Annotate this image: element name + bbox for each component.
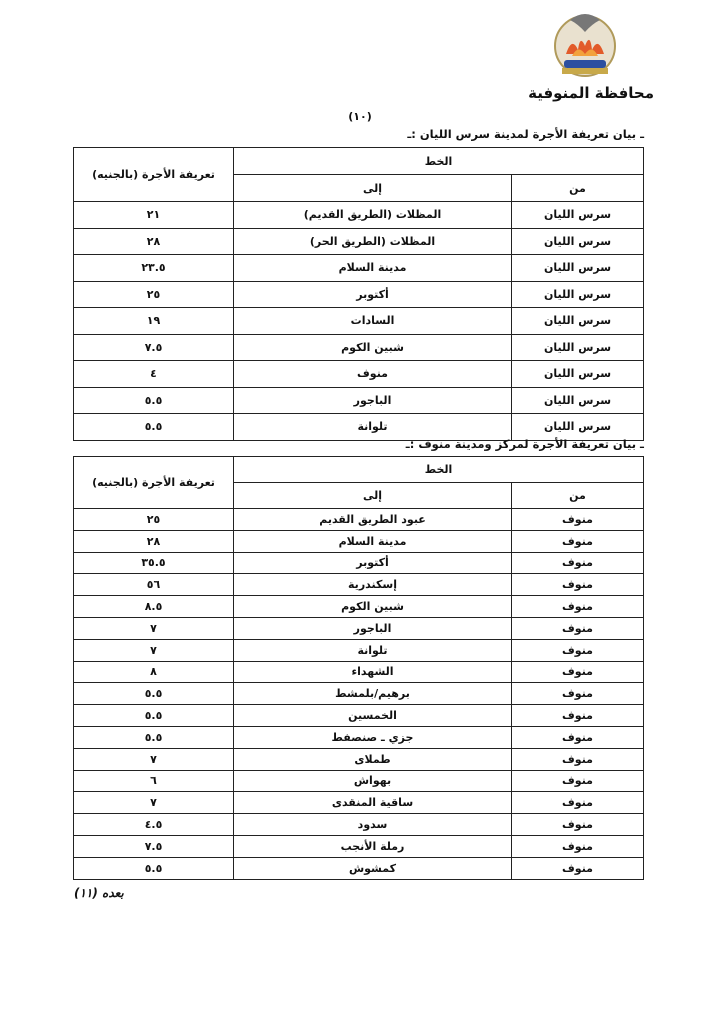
cell-from: منوف [512,748,644,770]
to-header: إلى [234,483,512,509]
cell-from: سرس الليان [512,202,644,229]
from-header: من [512,483,644,509]
cell-fare: ٥.٥ [74,414,234,441]
cell-fare: ٧ [74,748,234,770]
cell-to: مدينة السلام [234,255,512,282]
cell-to: السادات [234,308,512,335]
cell-to: المظلات (الطريق الحر) [234,228,512,255]
table-row: منوفإسكندرية٥٦ [74,574,644,596]
cell-fare: ٣٥.٥ [74,552,234,574]
page-number: (١٠) [0,110,720,123]
cell-fare: ٥.٥ [74,683,234,705]
cell-from: منوف [512,726,644,748]
table-row: سرس الليانمنوف٤ [74,361,644,388]
table-row: منوفشبين الكوم٨.٥ [74,596,644,618]
cell-to: بهواش [234,770,512,792]
cell-fare: ٥.٥ [74,726,234,748]
cell-fare: ٢٥ [74,281,234,308]
cell-to: تلوانة [234,639,512,661]
cell-fare: ٨ [74,661,234,683]
table-row: سرس الليانشبين الكوم٧.٥ [74,334,644,361]
cell-fare: ٤ [74,361,234,388]
cell-from: منوف [512,596,644,618]
table-row: سرس الليانأكتوبر٢٥ [74,281,644,308]
table-row: منوفمدينة السلام٢٨ [74,530,644,552]
governorate-logo [552,6,618,82]
cell-from: منوف [512,705,644,727]
cell-from: سرس الليان [512,228,644,255]
cell-from: منوف [512,814,644,836]
cell-to: الشهداء [234,661,512,683]
cell-from: منوف [512,661,644,683]
table-row: منوفطملاى٧ [74,748,644,770]
table-row: منوفالشهداء٨ [74,661,644,683]
governorate-name: محافظة المنوفية [528,84,654,102]
table-row: منوفكمشوش٥.٥ [74,857,644,879]
cell-fare: ٧ [74,639,234,661]
cell-to: عبود الطريق القديم [234,509,512,531]
cell-to: أكتوبر [234,281,512,308]
cell-to: الباجور [234,617,512,639]
table-row: منوفالخمسين٥.٥ [74,705,644,727]
continued-note: بعده (١١) [74,886,124,900]
table-row: منوفجزي ـ صنصفط٥.٥ [74,726,644,748]
cell-fare: ٤.٥ [74,814,234,836]
cell-from: منوف [512,530,644,552]
line-header: الخط [234,457,644,483]
cell-from: سرس الليان [512,387,644,414]
cell-from: منوف [512,639,644,661]
cell-from: منوف [512,574,644,596]
table-row: منوفعبود الطريق القديم٢٥ [74,509,644,531]
cell-to: برهيم/بلمشط [234,683,512,705]
fare-table-menouf: الخط تعريفة الأجرة (بالجنيه) من إلى منوف… [73,456,644,880]
cell-fare: ٢٨ [74,530,234,552]
cell-fare: ٦ [74,770,234,792]
cell-fare: ٧.٥ [74,334,234,361]
table-row: منوفبرهيم/بلمشط٥.٥ [74,683,644,705]
cell-to: مدينة السلام [234,530,512,552]
line-header: الخط [234,148,644,175]
cell-fare: ٥.٥ [74,387,234,414]
cell-to: طملاى [234,748,512,770]
table-row: سرس الليانالمظلات (الطريق الحر)٢٨ [74,228,644,255]
cell-fare: ٧ [74,617,234,639]
fare-header: تعريفة الأجرة (بالجنيه) [74,148,234,202]
table-row: منوفبهواش٦ [74,770,644,792]
cell-to: ساقية المنقدى [234,792,512,814]
cell-fare: ١٩ [74,308,234,335]
cell-to: إسكندرية [234,574,512,596]
cell-to: رملة الأنجب [234,835,512,857]
section-title-menouf: ـ بيان تعريفة الأجرة لمركز ومدينة منوف :… [406,437,644,451]
table-row: منوفساقية المنقدى٧ [74,792,644,814]
cell-from: منوف [512,770,644,792]
cell-to: الباجور [234,387,512,414]
table-row: منوفالباجور٧ [74,617,644,639]
fare-table-sers-ellayan: الخط تعريفة الأجرة (بالجنيه) من إلى سرس … [73,147,644,441]
table-row: منوفسدود٤.٥ [74,814,644,836]
cell-from: سرس الليان [512,308,644,335]
cell-fare: ٧ [74,792,234,814]
cell-fare: ٢٣.٥ [74,255,234,282]
cell-fare: ٢١ [74,202,234,229]
cell-from: سرس الليان [512,334,644,361]
cell-from: سرس الليان [512,255,644,282]
cell-fare: ٥.٥ [74,705,234,727]
cell-from: منوف [512,792,644,814]
cell-to: شبين الكوم [234,596,512,618]
table-row: منوفرملة الأنجب٧.٥ [74,835,644,857]
fare-header: تعريفة الأجرة (بالجنيه) [74,457,234,509]
table-row: سرس الليانمدينة السلام٢٣.٥ [74,255,644,282]
cell-fare: ٢٨ [74,228,234,255]
cell-fare: ٢٥ [74,509,234,531]
cell-to: منوف [234,361,512,388]
table-row: منوفتلوانة٧ [74,639,644,661]
cell-fare: ٨.٥ [74,596,234,618]
cell-from: منوف [512,617,644,639]
to-header: إلى [234,175,512,202]
from-header: من [512,175,644,202]
cell-to: شبين الكوم [234,334,512,361]
cell-fare: ٥.٥ [74,857,234,879]
cell-from: سرس الليان [512,281,644,308]
cell-from: منوف [512,552,644,574]
cell-to: أكتوبر [234,552,512,574]
table-row: سرس الليانالسادات١٩ [74,308,644,335]
cell-fare: ٥٦ [74,574,234,596]
table-row: سرس الليانالباجور٥.٥ [74,387,644,414]
cell-to: الخمسين [234,705,512,727]
cell-to: جزي ـ صنصفط [234,726,512,748]
cell-from: منوف [512,857,644,879]
cell-from: منوف [512,835,644,857]
cell-from: سرس الليان [512,361,644,388]
table-row: سرس الليانالمظلات (الطريق القديم)٢١ [74,202,644,229]
table-row: منوفأكتوبر٣٥.٥ [74,552,644,574]
cell-to: سدود [234,814,512,836]
cell-from: منوف [512,683,644,705]
cell-to: المظلات (الطريق القديم) [234,202,512,229]
cell-to: كمشوش [234,857,512,879]
cell-from: منوف [512,509,644,531]
cell-fare: ٧.٥ [74,835,234,857]
section-title-sers-ellayan: ـ بيان تعريفة الأجرة لمدينة سرس الليان :… [407,127,644,141]
